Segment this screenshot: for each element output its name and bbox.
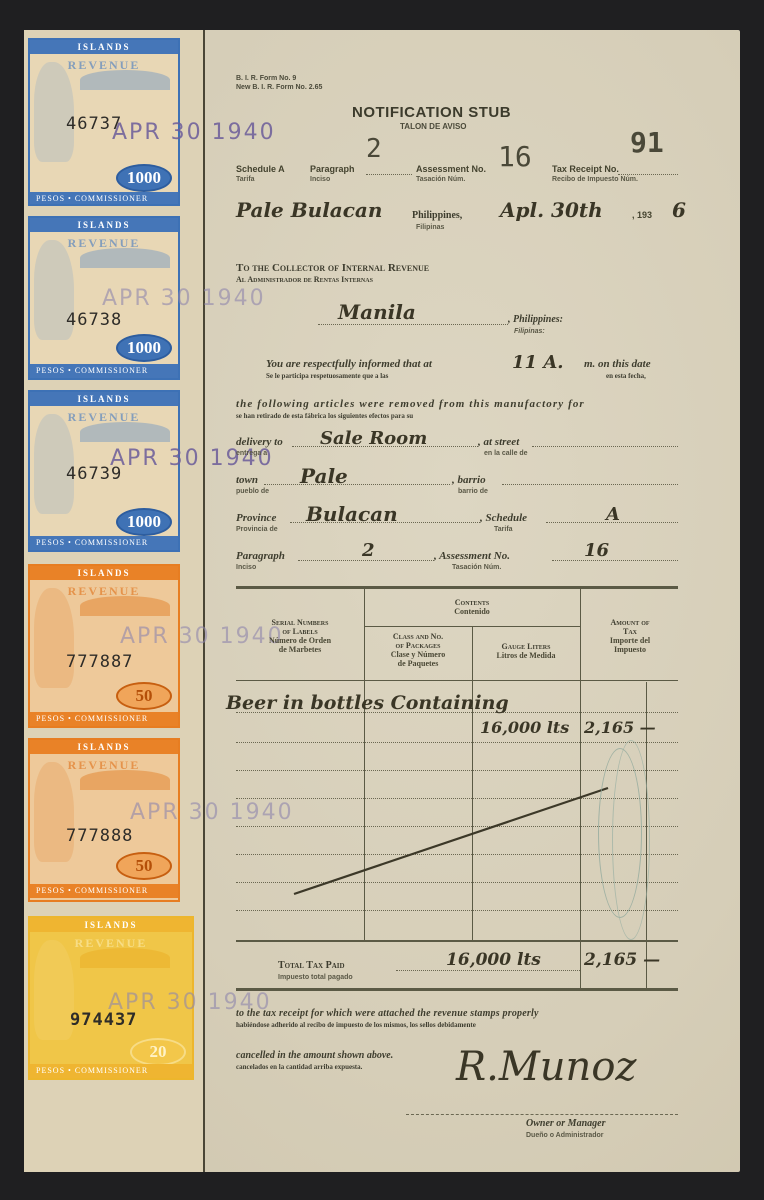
province-value: Bulacan <box>306 502 398 526</box>
portrait-icon <box>34 762 74 862</box>
notice-line-2: the following articles were removed from… <box>236 398 585 410</box>
eagle-wings-icon <box>80 596 170 616</box>
stamp-value: 50 <box>116 852 172 880</box>
stamp-serial: 777888 <box>66 826 133 846</box>
signature: R.Munoz <box>456 1044 636 1090</box>
cancellation-mark: APR 30 1940 <box>102 286 266 311</box>
total-liters: 16,000 lts <box>446 950 541 970</box>
delivery-paragraph-value: 2 <box>362 540 375 561</box>
form-number: B. I. R. Form No. 9 <box>236 75 296 82</box>
stamp-islands-label: ISLANDS <box>30 40 178 54</box>
delivery-paragraph-sub: Inciso <box>236 564 256 571</box>
town-value: Pale <box>300 464 348 488</box>
country-sub: Filipinas <box>416 224 444 231</box>
portrait-icon <box>34 62 74 162</box>
delivery-schedule-value: A <box>606 504 620 525</box>
total-divider <box>236 988 678 991</box>
town-sub: pueblo de <box>236 488 269 495</box>
footer-line-1-sub: habiéndose adherido al recibo de impuest… <box>236 1021 476 1029</box>
stamp-bottom-band: PESOS • COMMISSIONER <box>30 536 178 550</box>
stamp-value: 1000 <box>116 508 172 536</box>
pencil-mark <box>612 740 650 940</box>
street-sub: en la calle de <box>484 450 528 457</box>
stamp-value: 1000 <box>116 164 172 192</box>
stamp-bottom-band: PESOS • COMMISSIONER <box>30 192 178 206</box>
form-number-new: New B. I. R. Form No. 2.65 <box>236 84 322 91</box>
delivery-label: delivery to <box>236 436 283 448</box>
col-header-tax: Amount of Tax Importe del Impuesto <box>582 618 678 654</box>
col-header-serial: Serial Numbers of Labels Número de Orden… <box>240 618 360 654</box>
date-value: Apl. 30th <box>500 198 603 222</box>
city-value: Manila <box>338 300 416 324</box>
col-header-class: Class and No. of Packages Clase y Número… <box>366 632 470 668</box>
footer-line-1: to the tax receipt for which were attach… <box>236 1008 539 1019</box>
cancel-stroke-icon <box>290 780 620 900</box>
addressee-country-sub: Filipinas: <box>514 328 545 335</box>
signer-role: Owner or Manager <box>526 1118 605 1129</box>
page-subtitle: TALON DE AVISO <box>400 122 467 131</box>
table-row-tax: 2,165 — <box>584 718 656 737</box>
cancellation-mark: APR 30 1940 <box>112 120 276 145</box>
notice-line-1b-sub: en esta fecha, <box>606 372 646 380</box>
delivery-schedule-sub: Tarifa <box>494 526 513 533</box>
eagle-wings-icon <box>80 948 170 968</box>
barrio-sub: barrio de <box>458 488 488 495</box>
eagle-wings-icon <box>80 770 170 790</box>
delivery-assessment-label: , Assessment No. <box>434 550 510 562</box>
delivery-value: Sale Room <box>320 428 427 449</box>
addressee-line: To the Collector of Internal Revenue <box>236 262 429 274</box>
stamp-islands-label: ISLANDS <box>30 392 178 406</box>
delivery-assessment-value: 16 <box>584 540 609 561</box>
footer-line-2-sub: cancelados en la cantidad arriba expuest… <box>236 1063 362 1071</box>
town-label: town <box>236 474 258 486</box>
portrait-icon <box>34 940 74 1040</box>
addressee-country: , Philippines: <box>508 314 563 325</box>
paragraph-sub: Inciso <box>310 176 330 183</box>
place-value: Pale Bulacan <box>236 198 382 222</box>
paragraph-value: 2 <box>366 134 382 164</box>
signer-role-sub: Dueño o Administrador <box>526 1132 604 1139</box>
col-header-gauge: Gauge Liters Litros de Medida <box>474 642 578 660</box>
stamp-value: 1000 <box>116 334 172 362</box>
eagle-wings-icon <box>80 248 170 268</box>
delivery-assessment-sub: Tasación Núm. <box>452 564 501 571</box>
stamp-value: 20 <box>130 1038 186 1066</box>
stamp-bottom-band: PESOS • COMMISSIONER <box>30 364 178 378</box>
notice-line-1a: You are respectfully informed that at <box>266 358 432 370</box>
footer-line-2: cancelled in the amount shown above. <box>236 1050 393 1061</box>
table-top-border <box>236 586 678 589</box>
total-sub: Impuesto total pagado <box>278 974 353 981</box>
revenue-stamp-3: ISLANDS REVENUE 46739 1000 PESOS • COMMI… <box>28 390 180 552</box>
portrait-icon <box>34 588 74 688</box>
stamp-bottom-band: PESOS • COMMISSIONER <box>30 1064 192 1078</box>
col-header-contents: Contents Contenido <box>366 598 578 616</box>
total-tax: 2,165 — <box>584 950 660 970</box>
stamp-serial: 46738 <box>66 310 122 330</box>
total-label: Total Tax Paid <box>278 960 345 971</box>
stamp-bottom-band: PESOS • COMMISSIONER <box>30 712 178 726</box>
eagle-wings-icon <box>80 70 170 90</box>
stamp-bottom-band: PESOS • COMMISSIONER <box>30 884 178 898</box>
stamp-serial: 777887 <box>66 652 133 672</box>
page-title: NOTIFICATION STUB <box>352 104 511 121</box>
street-label: , at street <box>478 436 519 448</box>
notice-line-1a-sub: Se le participa respetuosamente que a la… <box>266 372 388 380</box>
table-row-liters: 16,000 lts <box>480 718 569 737</box>
stamp-islands-label: ISLANDS <box>30 218 178 232</box>
country-label: Philippines, <box>412 210 462 221</box>
stamp-islands-label: ISLANDS <box>30 740 178 754</box>
stamp-islands-label: ISLANDS <box>30 918 192 932</box>
stamp-value: 50 <box>116 682 172 710</box>
assessment-label: Assessment No. <box>416 164 486 174</box>
delivery-schedule-label: , Schedule <box>480 512 527 524</box>
province-label: Province <box>236 512 276 524</box>
province-sub: Provincia de <box>236 526 278 533</box>
schedule-sub: Tarifa <box>236 176 255 183</box>
table-row-description: Beer in bottles Containing <box>226 692 509 714</box>
stamp-islands-label: ISLANDS <box>30 566 178 580</box>
year-prefix: , 193 <box>632 210 652 220</box>
delivery-paragraph-label: Paragraph <box>236 550 285 562</box>
tax-receipt-value: 91 <box>630 126 664 159</box>
time-value: 11 A. <box>512 352 564 373</box>
cancellation-mark: APR 30 1940 <box>130 800 294 825</box>
schedule-label: Schedule A <box>236 164 285 174</box>
tax-receipt-sub: Recibo de Impuesto Núm. <box>552 176 638 183</box>
notice-line-2-sub: se han retirado de esta fábrica los sigu… <box>236 412 413 420</box>
eagle-wings-icon <box>80 422 170 442</box>
assessment-value: 16 <box>498 140 532 173</box>
addressee-line-sub: Al Administrador de Rentas Internas <box>236 275 373 284</box>
delivery-sub: entrega a <box>236 450 267 457</box>
paragraph-label: Paragraph <box>310 164 355 174</box>
notice-line-1b: m. on this date <box>584 358 651 370</box>
assessment-sub: Tasación Núm. <box>416 176 465 183</box>
tax-receipt-label: Tax Receipt No. <box>552 164 619 174</box>
year-value: 6 <box>672 198 686 222</box>
barrio-label: , barrio <box>452 474 486 486</box>
